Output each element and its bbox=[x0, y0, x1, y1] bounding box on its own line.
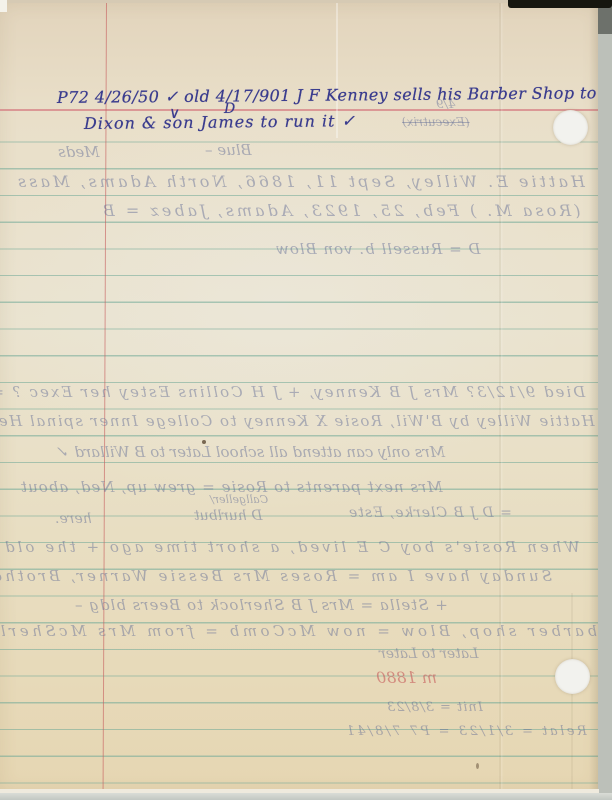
scan-bottom-edge bbox=[0, 793, 612, 800]
bleedthrough-line: Hattie Willey by B'Wil, Rosie X Kenney t… bbox=[0, 412, 595, 430]
bleedthrough-line: = D J B Clerke, Este bbox=[348, 505, 512, 521]
notebook-paper: 4/9(Executrix)MedsBlue –Hattie E. Willey… bbox=[0, 3, 599, 792]
bleedthrough-line: Init = 3/8/23 bbox=[386, 700, 483, 715]
bleedthrough-line: Sunday have I am = Roses Mrs Bessie Warn… bbox=[0, 567, 552, 585]
bleedthrough-line: Relat = 3/1/23 = P7 7/8/41 bbox=[344, 724, 587, 739]
bleedthrough-line: here. bbox=[55, 511, 92, 527]
bleedthrough-line: (Rosa M. ) Feb, 25, 1923, Adams, Jabez =… bbox=[100, 201, 581, 220]
punch-hole-bottom bbox=[555, 659, 590, 694]
scanned-page: 4/9(Executrix)MedsBlue –Hattie E. Willey… bbox=[0, 0, 612, 800]
bleedthrough-line: Mrs only can attend all school Later to … bbox=[57, 443, 445, 461]
top-red-rule bbox=[0, 109, 599, 111]
bleedthrough-line: Callgeller/ bbox=[210, 493, 268, 506]
punch-hole-top bbox=[553, 110, 588, 145]
insertion-caret-mark: ∨ bbox=[168, 103, 181, 122]
bleedthrough-line: (Executrix) bbox=[402, 115, 470, 129]
paper-speck bbox=[202, 440, 206, 444]
bleedthrough-line: Later to Later bbox=[379, 646, 478, 662]
scan-corner-shadow bbox=[508, 0, 612, 8]
bleedthrough-line: Died 9/12/3? Mrs J B Kenney, + J H Colli… bbox=[0, 383, 585, 401]
bleedthrough-line: Blue – bbox=[205, 141, 252, 159]
bleedthrough-line: Hattie E. Willey, Sept 11, 1866, North A… bbox=[15, 172, 585, 191]
handwriting-line-2: Dixon & son James to run it ✓ bbox=[84, 111, 356, 133]
bleedthrough-line: Meds bbox=[58, 143, 100, 161]
bleedthrough-line: When Rosie's boy C E lived, a short time… bbox=[2, 538, 580, 556]
bleedthrough-line: + Stella = Mrs J B Sherlock to Beers bld… bbox=[74, 596, 448, 614]
scan-corner-highlight bbox=[0, 0, 7, 12]
handwriting-line-1: P72 4/26/50 ✓ old 4/17/901 J F Kenney se… bbox=[57, 83, 612, 107]
bleedthrough-line: D = Russell b. von Blow bbox=[275, 240, 480, 258]
bleedthrough-line: m 1880 bbox=[376, 668, 437, 687]
paper-speck bbox=[476, 763, 479, 769]
scan-right-edge bbox=[598, 0, 612, 800]
bleedthrough-line: D hurlbut bbox=[194, 508, 262, 524]
bleedthrough-line: barber shop, Blow = now McComb = from Mr… bbox=[0, 622, 597, 640]
handwriting-insertion-d: D bbox=[224, 101, 235, 117]
